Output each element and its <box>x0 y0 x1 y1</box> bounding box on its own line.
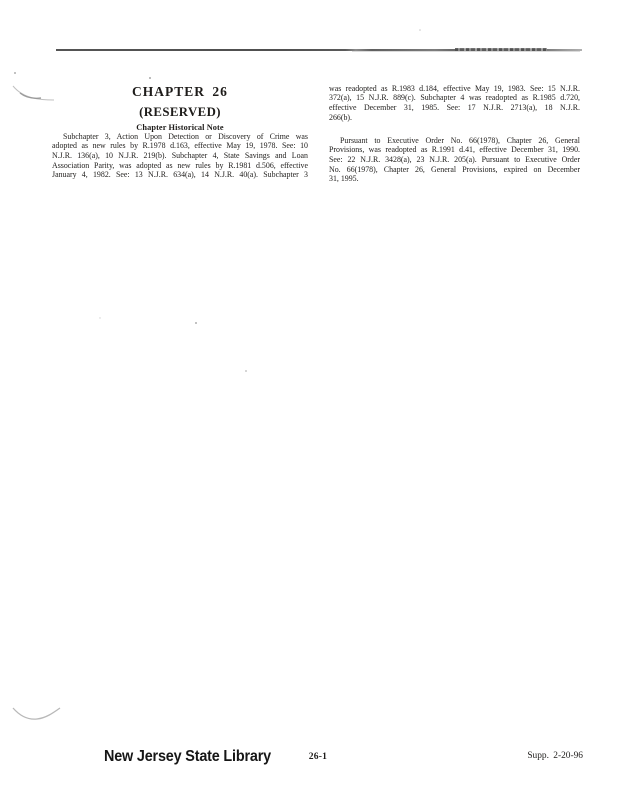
pen-mark-top-left-dark <box>20 93 41 98</box>
text-line: 266(b). <box>329 113 580 123</box>
pen-mark-bottom-left <box>13 708 60 719</box>
text-line: effective December 31, 1985. See: 17 N.J… <box>329 103 580 113</box>
text-line: Subchapter 3, Action Upon Detection or D… <box>52 132 308 142</box>
chapter-title: CHAPTER 26 <box>52 84 308 100</box>
scan-speck <box>419 29 421 31</box>
historical-note-heading: Chapter Historical Note <box>52 123 308 132</box>
text-line: Pursuant to Executive Order No. 66(1978)… <box>329 136 580 146</box>
text-line: See: 22 N.J.R. 3428(a), 23 N.J.R. 205(a)… <box>329 155 580 165</box>
scanned-document-page: CHAPTER 26 (RESERVED) Chapter Historical… <box>0 0 618 800</box>
historical-note-paragraph-left: Subchapter 3, Action Upon Detection or D… <box>52 132 308 180</box>
scan-speck <box>14 72 16 74</box>
text-line: adopted as new rules by R.1978 d.163, ef… <box>52 141 308 151</box>
text-line: 372(a), 15 N.J.R. 889(c). Subchapter 4 w… <box>329 93 580 103</box>
text-line: Association Parity, was adopted as new r… <box>52 161 308 171</box>
scan-speck <box>99 317 100 318</box>
text-line: January 4, 1982. See: 13 N.J.R. 634(a), … <box>52 170 308 180</box>
supplement-date: Supp. 2-20-96 <box>498 751 583 761</box>
historical-note-paragraph-continuation: was readopted as R.1983 d.184, effective… <box>329 84 580 123</box>
text-line: 31, 1995. <box>329 174 580 184</box>
library-stamp: New Jersey State Library <box>104 748 271 766</box>
top-rule-light-tail <box>352 51 580 52</box>
scan-speck <box>245 370 247 372</box>
scan-speck <box>149 77 151 79</box>
top-rule-scan-noise <box>455 48 547 51</box>
pen-mark-top-left <box>13 86 54 100</box>
scan-speck <box>195 322 197 324</box>
text-line: Provisions, was readopted as R.1991 d.41… <box>329 145 580 155</box>
text-line: No. 66(1978), Chapter 26, General Provis… <box>329 165 580 175</box>
readoption-paragraph: Pursuant to Executive Order No. 66(1978)… <box>329 136 580 184</box>
reserved-label: (RESERVED) <box>52 105 308 120</box>
text-line: N.J.R. 136(a), 10 N.J.R. 219(b). Subchap… <box>52 151 308 161</box>
page-number: 26-1 <box>296 751 340 762</box>
text-line: was readopted as R.1983 d.184, effective… <box>329 84 580 94</box>
